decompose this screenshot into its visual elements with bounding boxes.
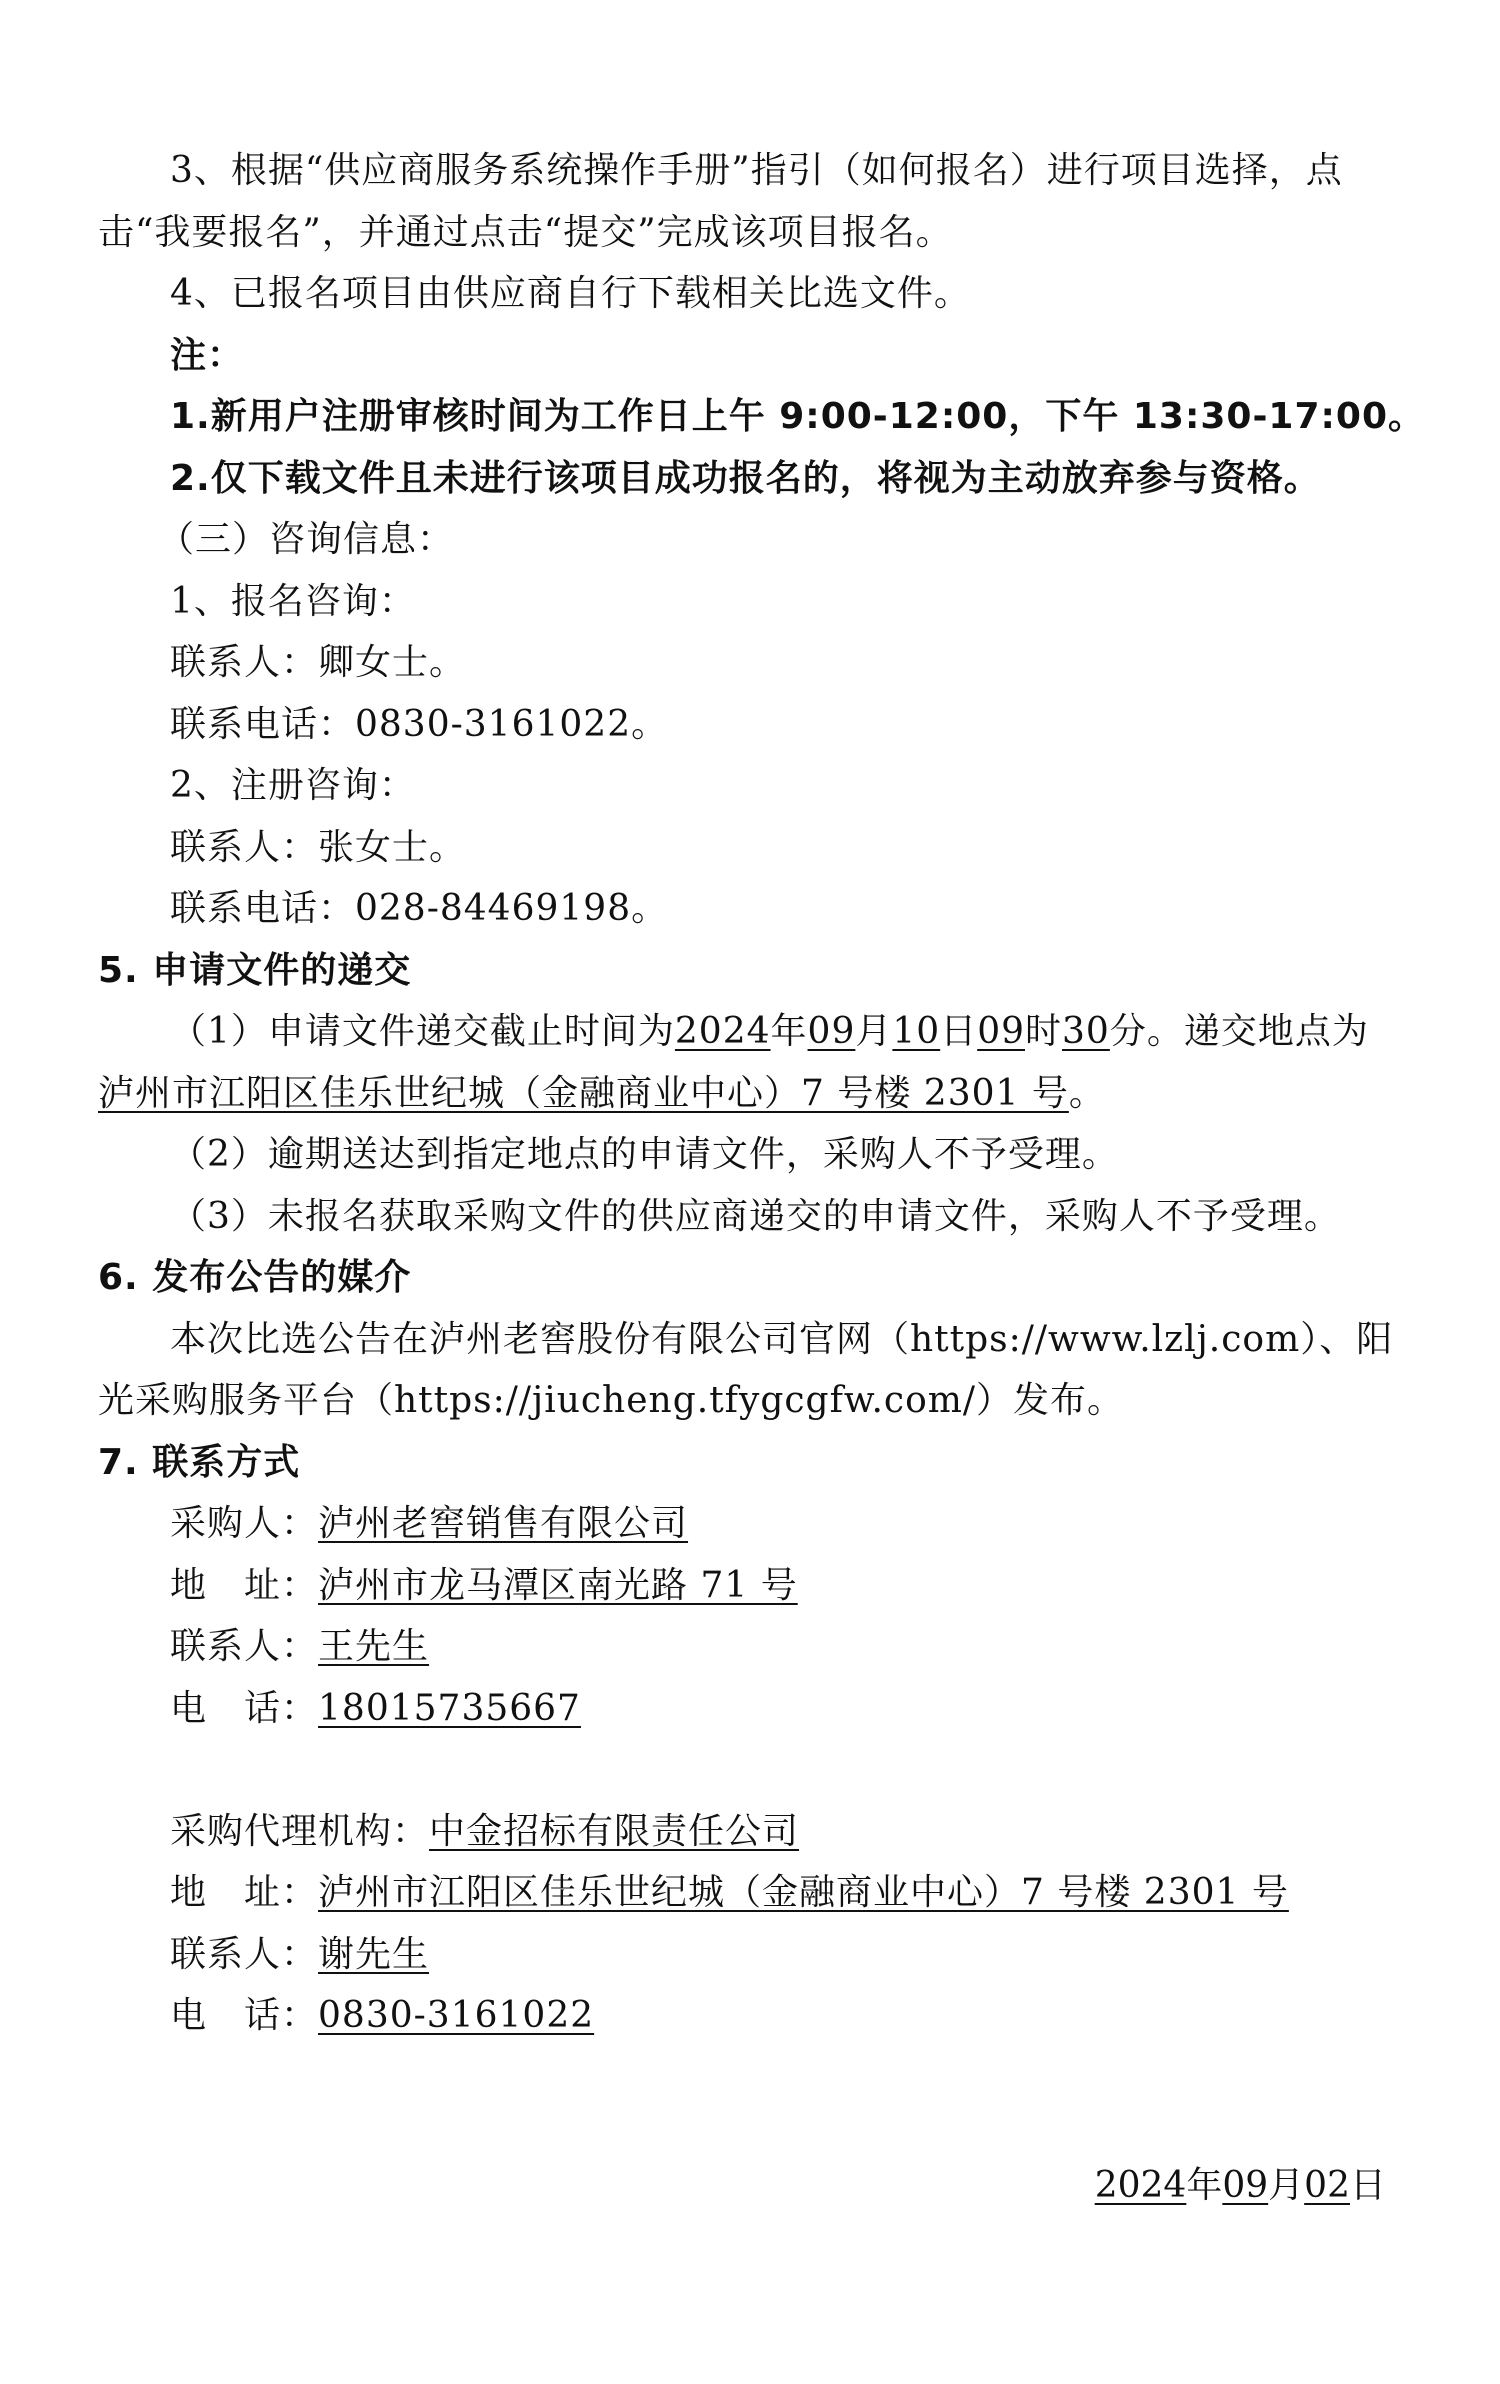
deadline-year: 2024 — [675, 1011, 771, 1052]
agent-address: 泸州市江阳区佳乐世纪城（金融商业中心）7 号楼 2301 号 — [318, 1872, 1289, 1913]
agent-row: 采购代理机构：中金招标有限责任公司 — [98, 1801, 1386, 1863]
agent-contact-row: 联系人：谢先生 — [98, 1924, 1386, 1986]
announcement-date: 2024年09月02日 — [1095, 2155, 1386, 2217]
buyer-name: 泸州老窖销售有限公司 — [318, 1503, 688, 1544]
buyer-contact: 王先生 — [318, 1626, 429, 1667]
agent-phone: 0830-3161022 — [318, 1995, 594, 2036]
submission-address: 泸州市江阳区佳乐世纪城（金融商业中心）7 号楼 2301 号 — [98, 1073, 1069, 1114]
signup-phone: 联系电话：0830-3161022。 — [98, 694, 1386, 756]
note-1: 1.新用户注册审核时间为工作日上午 9:00-12:00，下午 13:30-17… — [98, 386, 1386, 448]
deadline-day: 10 — [892, 1011, 940, 1052]
step-4: 4、已报名项目由供应商自行下载相关比选文件。 — [98, 263, 1386, 325]
buyer-contact-row: 联系人：王先生 — [98, 1616, 1386, 1678]
buyer-address: 泸州市龙马潭区南光路 71 号 — [318, 1565, 798, 1606]
agent-phone-row: 电 话：0830-3161022 — [98, 1985, 1386, 2047]
media-line-2: 光采购服务平台（https://jiucheng.tfygcgfw.com/）发… — [98, 1370, 1386, 1432]
deadline-hour: 09 — [977, 1011, 1025, 1052]
unregistered-submission-rule: （3）未报名获取采购文件的供应商递交的申请文件，采购人不予受理。 — [98, 1186, 1386, 1248]
register-contact: 联系人：张女士。 — [98, 817, 1386, 879]
step-3-line-2: 击“我要报名”，并通过点击“提交”完成该项目报名。 — [98, 202, 1386, 264]
agent-address-row: 地 址：泸州市江阳区佳乐世纪城（金融商业中心）7 号楼 2301 号 — [98, 1862, 1386, 1924]
register-phone: 联系电话：028-84469198。 — [98, 878, 1386, 940]
media-line-1: 本次比选公告在泸州老窖股份有限公司官网（https://www.lzlj.com… — [98, 1309, 1386, 1371]
signup-consult-title: 1、报名咨询： — [98, 571, 1386, 633]
submission-address-line: 泸州市江阳区佳乐世纪城（金融商业中心）7 号楼 2301 号。 — [98, 1063, 1386, 1125]
buyer-phone: 18015735667 — [318, 1688, 581, 1729]
document-page: 3、根据“供应商服务系统操作手册”指引（如何报名）进行项目选择，点 击“我要报名… — [98, 140, 1386, 2047]
section-5-heading: 5. 申请文件的递交 — [98, 940, 1386, 1002]
section-6-heading: 6. 发布公告的媒介 — [98, 1247, 1386, 1309]
section-7-heading: 7. 联系方式 — [98, 1432, 1386, 1494]
step-3-line-1: 3、根据“供应商服务系统操作手册”指引（如何报名）进行项目选择，点 — [98, 140, 1386, 202]
buyer-row: 采购人：泸州老窖销售有限公司 — [98, 1493, 1386, 1555]
deadline-minute: 30 — [1062, 1011, 1110, 1052]
submission-deadline: （1）申请文件递交截止时间为2024年09月10日09时30分。递交地点为 — [98, 1001, 1386, 1063]
register-consult-title: 2、注册咨询： — [98, 755, 1386, 817]
consult-title: （三）咨询信息： — [98, 509, 1386, 571]
note-label: 注： — [98, 325, 1386, 387]
buyer-address-row: 地 址：泸州市龙马潭区南光路 71 号 — [98, 1555, 1386, 1617]
agent-contact: 谢先生 — [318, 1934, 429, 1975]
buyer-phone-row: 电 话：18015735667 — [98, 1678, 1386, 1740]
signup-contact: 联系人：卿女士。 — [98, 632, 1386, 694]
deadline-month: 09 — [808, 1011, 856, 1052]
note-2: 2.仅下载文件且未进行该项目成功报名的，将视为主动放弃参与资格。 — [98, 448, 1386, 510]
late-submission-rule: （2）逾期送达到指定地点的申请文件，采购人不予受理。 — [98, 1124, 1386, 1186]
agent-name: 中金招标有限责任公司 — [429, 1811, 799, 1852]
